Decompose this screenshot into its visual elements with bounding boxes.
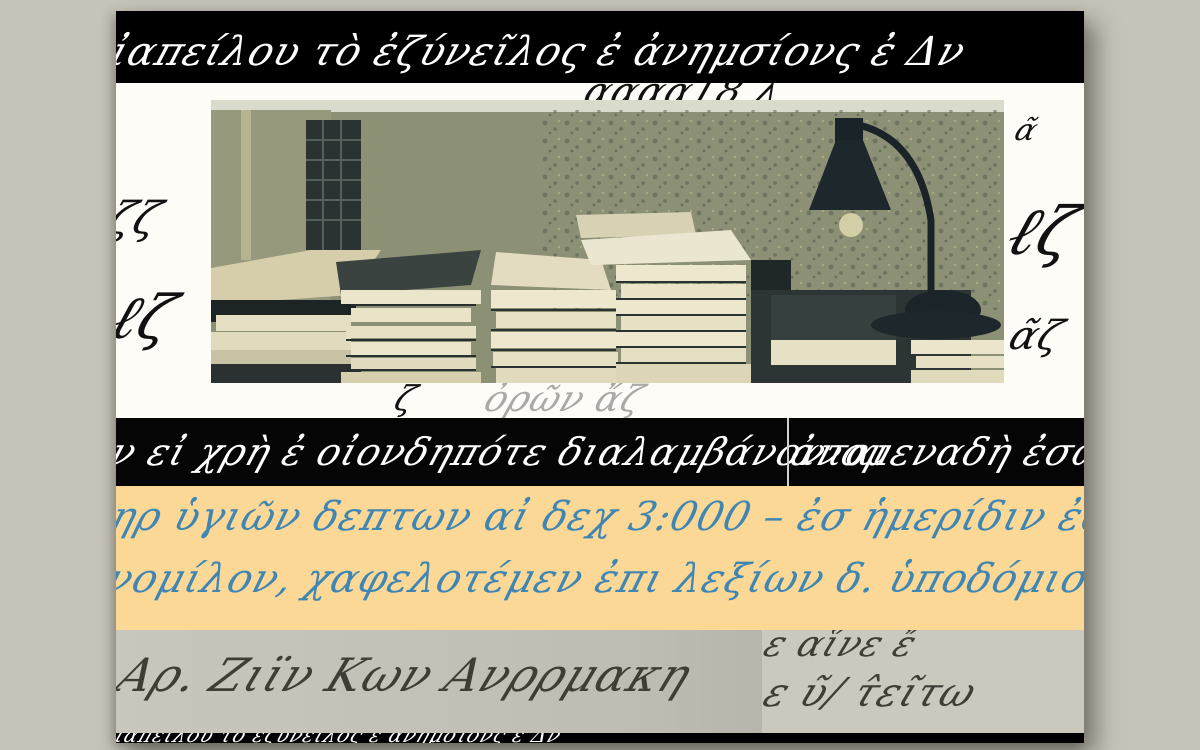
bottom-strip-script: ἰαπείλου τὸ ἐζύνεῖλος ἐ ἀνημσίονς ἐ Δν [116,733,566,743]
collage-artwork: ἰαπείλου τὸ ἐζύνεῖλος ἐ ἀνημσίονς ἐ Δν ἀ… [116,11,1084,743]
top-script-text: ἰαπείλου τὸ ἐζύνεῖλος ἐ ἀνημσίονς ἐ Δν [116,29,972,75]
pencil-script-band: Αρ. Ζιϊν Κων Ανρρμακη ε αἵνε ἔ ε υ̃/ τ̂ε… [116,630,1084,733]
grey-right-script-2: ε υ̃/ τ̂εῖτω [757,670,984,716]
white-right-script-1: ᾶ [1010,113,1044,148]
top-script-band: ἰαπείλου τὸ ἐζύνεῖλος ἐ ἀνημσίονς ἐ Δν [116,11,1084,83]
white-under-photo-mark: ζ [389,379,423,418]
middle-script-band: ν εἰ χρὴ ἐ οἰονδηπότε διαλαμβάνονται ἀνο… [116,418,1084,486]
notebooks-lamp-photo [211,100,1004,383]
white-under-photo-script: ὀρῶν ἄζ [479,379,650,418]
white-left-script-1: ζζ [116,193,169,244]
white-script-section: ἀάάά18 λ ζζ ℓζ ᾶ ℓζ ᾶζ ὀρῶν ἄζ ζ [116,83,1084,418]
white-left-script-2: ℓζ [116,283,186,353]
notebooks-lamp-illustration [211,100,1004,383]
white-right-script-2: ℓζ [997,193,1084,271]
peach-line-2: νομίλον, χαφελοτέμεν ἐπι λεξίων δ. ὑποδό… [116,556,1084,602]
bottom-script-strip: ἰαπείλου τὸ ἐζύνεῖλος ἐ ἀνημσίονς ἐ Δν [116,733,1084,743]
peach-line-1: ηρ ὑγιῶν δεπτων αἰ δεχ 3:000 – ἐσ ἡμερίδ… [116,494,1084,540]
middle-right-script: ἀνομεναδὴ ἐσωλα [785,430,1084,474]
band-divider [787,418,789,486]
middle-left-script: ν εἰ χρὴ ἐ οἰονδηπότε διαλαμβάνονται [116,430,897,474]
blue-ink-script-band: ηρ ὑγιῶν δεπτων αἰ δεχ 3:000 – ἐσ ἡμερίδ… [116,486,1084,630]
grey-left-script: Αρ. Ζιϊν Κων Ανρρμακη [116,648,700,702]
grey-right-script-1: ε αἵνε ἔ [758,630,924,665]
white-right-script-3: ᾶζ [1003,313,1070,359]
